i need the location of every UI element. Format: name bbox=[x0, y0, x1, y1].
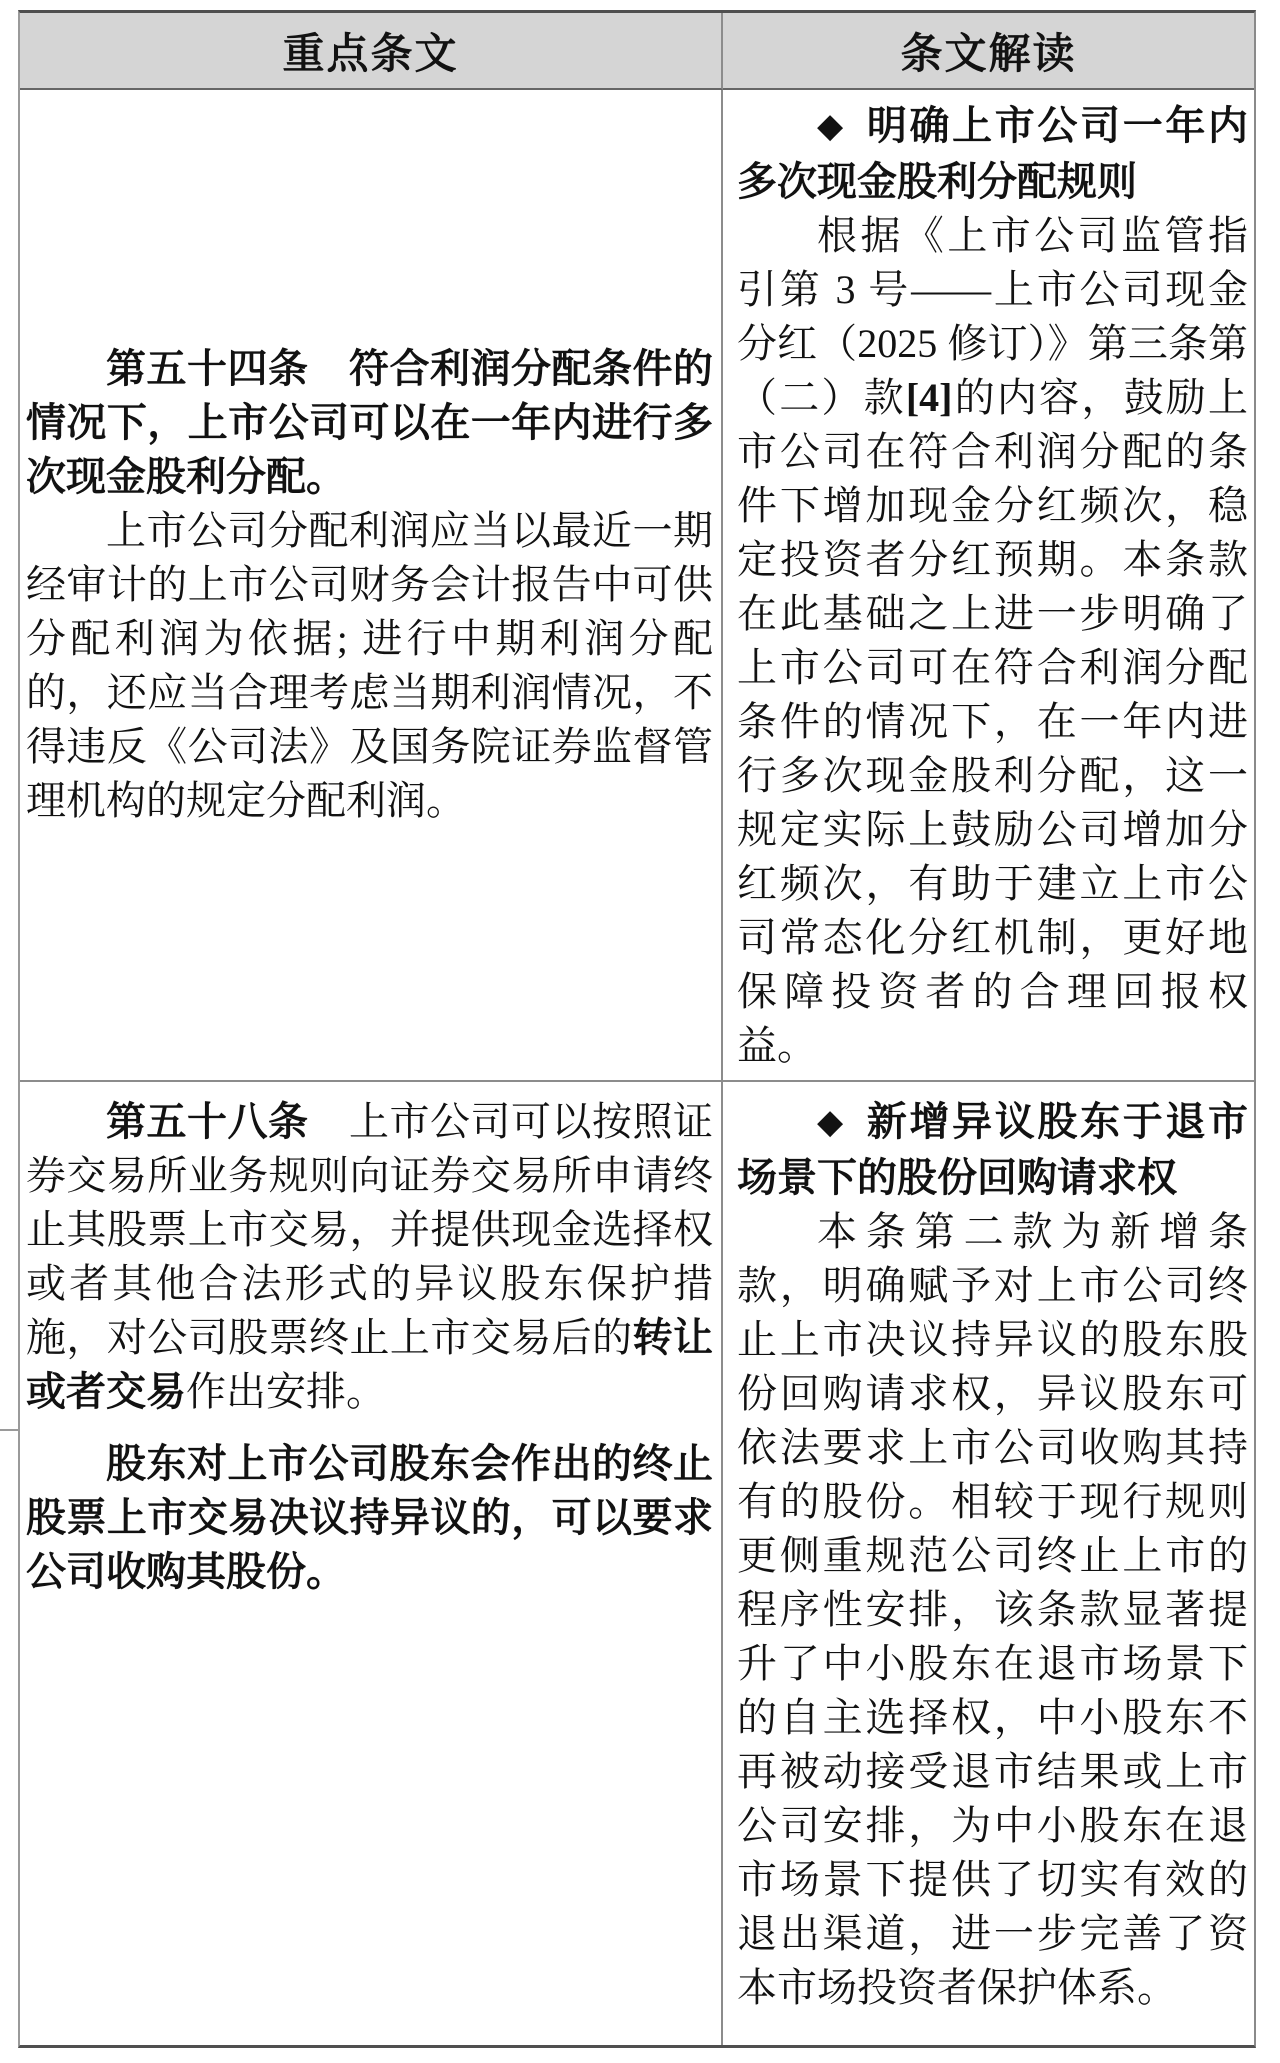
diamond-bullet-icon: ◆ bbox=[817, 1102, 846, 1142]
article54-interpretation-body: 根据《上市公司监管指引第 3 号——上市公司现金分红（2025 修订）》第三条第… bbox=[737, 209, 1248, 1073]
column-header-key-provisions: 重点条文 bbox=[20, 13, 723, 90]
cell-article58-provision: 第五十八条 上市公司可以按照证券交易所业务规则向证券交易所申请终止其股票上市交易… bbox=[20, 1082, 723, 2045]
cell-article54-provision: 第五十四条 符合利润分配条件的情况下，上市公司可以在一年内进行多次现金股利分配。… bbox=[20, 90, 723, 1082]
article54-clause: 第五十四条 符合利润分配条件的情况下，上市公司可以在一年内进行多次现金股利分配。 bbox=[26, 342, 713, 504]
cell-article58-interpretation: ◆新增异议股东于退市场景下的股份回购请求权 本条第二款为新增条款，明确赋予对上市… bbox=[723, 1082, 1254, 2045]
diamond-bullet-icon: ◆ bbox=[817, 106, 846, 146]
article54-heading-text: 明确上市公司一年内多次现金股利分配规则 bbox=[737, 103, 1248, 204]
article58-clause-paragraph2: 股东对上市公司股东会作出的终止股票上市交易决议持异议的，可以要求公司收购其股份。 bbox=[26, 1437, 713, 1599]
article58-clause: 第五十八条 上市公司可以按照证券交易所业务规则向证券交易所申请终止其股票上市交易… bbox=[26, 1095, 713, 1419]
article58-clause-tail: 作出安排。 bbox=[186, 1369, 386, 1414]
interpretation-text: 的内容，鼓励上市公司在符合利润分配的条件下增加现金分红频次，稳定投资者分红预期。… bbox=[737, 375, 1248, 1068]
article54-interpretation-heading: ◆明确上市公司一年内多次现金股利分配规则 bbox=[737, 99, 1248, 209]
column-header-interpretation: 条文解读 bbox=[723, 13, 1254, 90]
footnote-reference: [4] bbox=[906, 375, 953, 420]
article58-interpretation-heading: ◆新增异议股东于退市场景下的股份回购请求权 bbox=[737, 1095, 1248, 1205]
cell-article54-interpretation: ◆明确上市公司一年内多次现金股利分配规则 根据《上市公司监管指引第 3 号——上… bbox=[723, 90, 1254, 1082]
provisions-table: 重点条文 条文解读 第五十四条 符合利润分配条件的情况下，上市公司可以在一年内进… bbox=[18, 10, 1256, 2048]
article58-number: 第五十八条 bbox=[106, 1099, 349, 1144]
article58-heading-text: 新增异议股东于退市场景下的股份回购请求权 bbox=[737, 1099, 1248, 1200]
document-page: 重点条文 条文解读 第五十四条 符合利润分配条件的情况下，上市公司可以在一年内进… bbox=[0, 0, 1280, 2063]
article54-clause-detail: 上市公司分配利润应当以最近一期经审计的上市公司财务会计报告中可供分配利润为依据;… bbox=[26, 504, 713, 828]
article58-interpretation-body: 本条第二款为新增条款，明确赋予对上市公司终止上市决议持异议的股东股份回购请求权，… bbox=[737, 1205, 1248, 2015]
row-divider-tick bbox=[0, 1429, 18, 1431]
